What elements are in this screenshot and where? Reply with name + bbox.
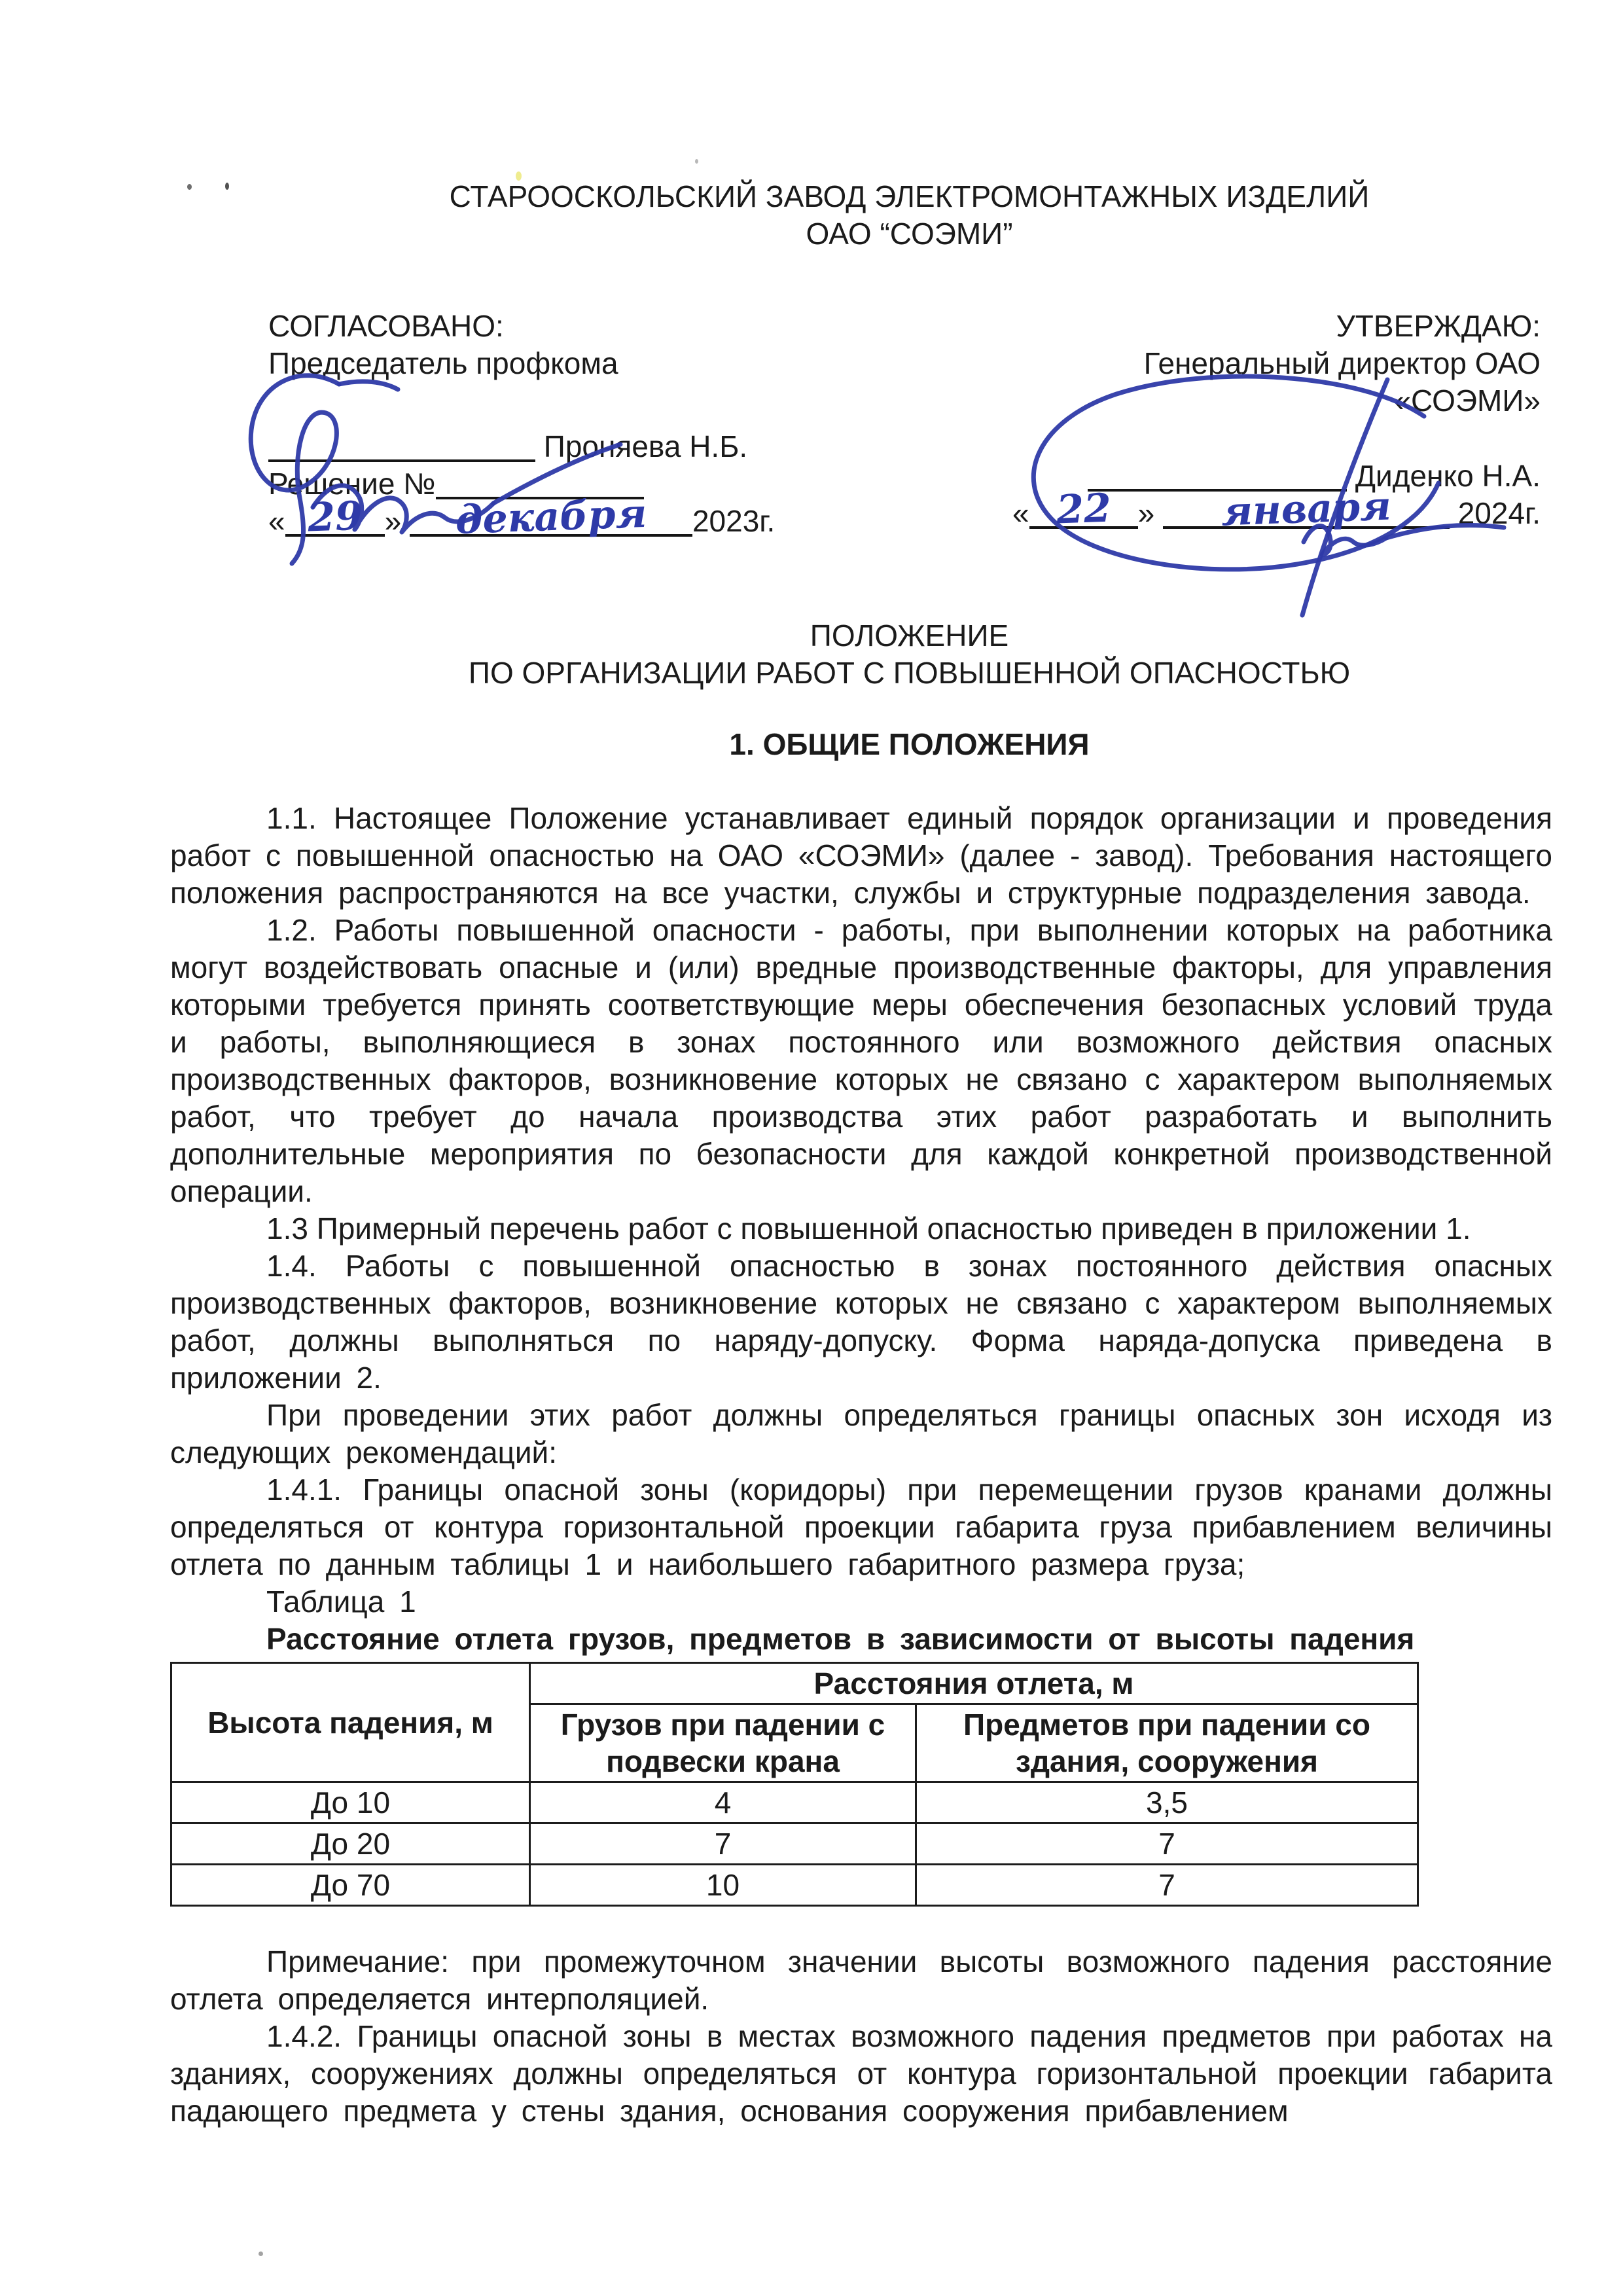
document-page: СТАРООСКОЛЬСКИЙ ЗАВОД ЭЛЕКТРОМОНТАЖНЫХ И…	[0, 0, 1623, 2296]
section-1-heading: 1. ОБЩИЕ ПОЛОЖЕНИЯ	[170, 726, 1552, 763]
cell-building: 7	[916, 1865, 1418, 1906]
month-blank: января	[1163, 496, 1450, 529]
title-line2: ПО ОРГАНИЗАЦИИ РАБОТ С ПОВЫШЕННОЙ ОПАСНО…	[170, 655, 1552, 692]
agreed-signature-line: Проняева Н.Б.	[268, 428, 825, 465]
approved-column: УТВЕРЖДАЮ: Генеральный директор ОАО «СОЭ…	[990, 308, 1552, 540]
quote-close: »	[1138, 496, 1155, 530]
table-header-building: Предметов при падении со здания, сооруже…	[916, 1704, 1418, 1782]
company-name-line1: СТАРООСКОЛЬСКИЙ ЗАВОД ЭЛЕКТРОМОНТАЖНЫХ И…	[170, 178, 1552, 215]
cell-crane: 4	[530, 1782, 916, 1823]
day-blank: 29	[285, 504, 385, 537]
day-blank: 22	[1029, 496, 1138, 529]
handwritten-day: 29	[285, 495, 385, 538]
quote-open: «	[1012, 496, 1029, 530]
cell-crane: 7	[530, 1823, 916, 1865]
table-note: Примечание: при промежуточном значении в…	[170, 1943, 1552, 2018]
company-header: СТАРООСКОЛЬСКИЙ ЗАВОД ЭЛЕКТРОМОНТАЖНЫХ И…	[170, 178, 1552, 253]
agreed-role: Председатель профкома	[268, 345, 825, 382]
cell-building: 7	[916, 1823, 1418, 1865]
table-header-distance-group: Расстояния отлета, м	[530, 1663, 1418, 1704]
signature-space	[268, 382, 825, 428]
table-header-crane: Грузов при падении с подвески крана	[530, 1704, 916, 1782]
cell-crane: 10	[530, 1865, 916, 1906]
cell-height: До 70	[171, 1865, 530, 1906]
approval-block: СОГЛАСОВАНО: Председатель профкома Проня…	[170, 308, 1552, 540]
approved-heading: УТВЕРЖДАЮ:	[990, 308, 1541, 345]
table-header-fall-height: Высота падения, м	[171, 1663, 530, 1782]
paragraph-1-4-1: 1.4.1. Границы опасной зоны (коридоры) п…	[170, 1471, 1552, 1583]
table-row: До 70 10 7	[171, 1865, 1418, 1906]
handwritten-day: 22	[1029, 488, 1139, 531]
agreed-column: СОГЛАСОВАНО: Председатель профкома Проня…	[170, 308, 825, 540]
paragraph-1-4: 1.4. Работы с повышенной опасностью в зо…	[170, 1247, 1552, 1397]
scan-speck	[259, 2251, 263, 2256]
agreed-heading: СОГЛАСОВАНО:	[268, 308, 825, 345]
signature-space	[990, 420, 1541, 457]
document-title: ПОЛОЖЕНИЕ ПО ОРГАНИЗАЦИИ РАБОТ С ПОВЫШЕН…	[170, 617, 1552, 692]
approved-role-line1: Генеральный директор ОАО	[990, 345, 1541, 382]
table-1-label: Таблица 1	[170, 1583, 1552, 1621]
table-1-caption: Расстояние отлета грузов, предметов в за…	[170, 1621, 1552, 1658]
quote-open: «	[268, 504, 285, 538]
approved-date-line: «22» января 2024г.	[990, 495, 1541, 532]
paragraph-1-1: 1.1. Настоящее Положение устанавливает е…	[170, 800, 1552, 912]
cell-building: 3,5	[916, 1782, 1418, 1823]
approved-role-line2: «СОЭМИ»	[990, 382, 1541, 420]
section-1-body: 1.1. Настоящее Положение устанавливает е…	[170, 800, 1552, 2130]
cell-height: До 20	[171, 1823, 530, 1865]
quote-close: »	[385, 504, 402, 538]
paragraph-1-3: 1.3 Примерный перечень работ с повышенно…	[170, 1210, 1552, 1247]
table-row: До 10 4 3,5	[171, 1782, 1418, 1823]
cell-height: До 10	[171, 1782, 530, 1823]
agreed-date-line: «29» декабря2023г.	[268, 503, 825, 540]
signature-blank	[268, 429, 535, 462]
approved-year: 2024г.	[1458, 496, 1541, 530]
table-1: Высота падения, м Расстояния отлета, м Г…	[170, 1662, 1419, 1907]
paragraph-1-4-2: 1.4.2. Границы опасной зоны в местах воз…	[170, 2018, 1552, 2130]
table-row: До 20 7 7	[171, 1823, 1418, 1865]
month-blank: декабря	[410, 504, 692, 537]
paragraph-recommendations: При проведении этих работ должны определ…	[170, 1397, 1552, 1471]
company-name-line2: ОАО “СОЭМИ”	[170, 215, 1552, 253]
agreed-year: 2023г.	[692, 504, 775, 538]
title-line1: ПОЛОЖЕНИЕ	[170, 617, 1552, 655]
agreed-name: Проняева Н.Б.	[544, 429, 747, 463]
paragraph-1-2: 1.2. Работы повышенной опасности - работ…	[170, 912, 1552, 1210]
